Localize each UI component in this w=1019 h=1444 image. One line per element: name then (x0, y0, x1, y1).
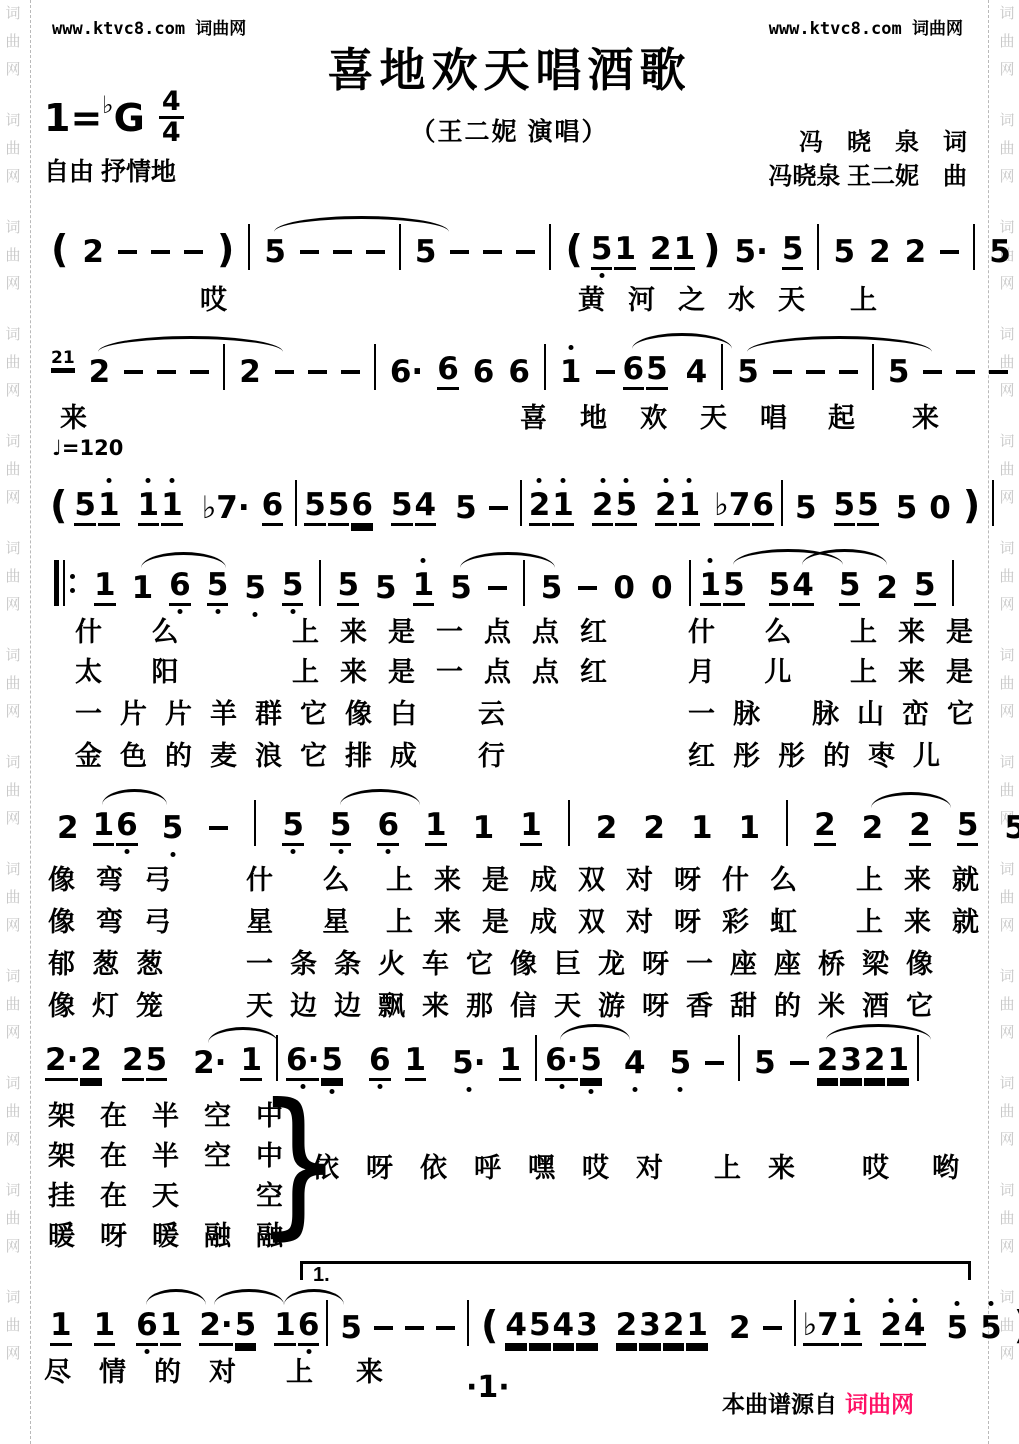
note-token: 1 (405, 1042, 427, 1081)
side-watermark-char: 曲 (3, 248, 23, 263)
note-token: 1 (739, 810, 761, 846)
duration-dash (308, 370, 327, 374)
bar (63, 560, 65, 606)
lyric-segment: 天边边飘来那信天游呀香甜的米酒它 (246, 984, 950, 1023)
meter-numerator: 4 (159, 88, 184, 119)
octave-dot-high (561, 478, 566, 483)
octave-dot-high (600, 478, 605, 483)
composer-credit: 冯晓泉 王二妮 曲 (768, 156, 967, 191)
note-token: 5 (1004, 810, 1019, 846)
note-token: 5 (235, 1307, 257, 1346)
lyric-segment: 哎 (862, 1146, 916, 1185)
octave-dot-high (663, 478, 668, 483)
note-token: 2 (596, 810, 618, 846)
footer-source-text: 本曲谱源自 (722, 1386, 837, 1419)
lyric-segment: 上 (850, 278, 900, 317)
slur-arc (102, 789, 167, 805)
note-token: 5 (591, 231, 613, 270)
note-token: 5 (947, 1310, 969, 1346)
duration-dash (124, 370, 143, 374)
lyric-row: 什 么上来是一点点红什 么上来是 (0, 610, 1019, 642)
barline (254, 800, 256, 846)
note-token: 2 (239, 354, 261, 390)
note-token: 4 (553, 1307, 575, 1346)
side-watermark-char: 曲 (3, 1318, 23, 1333)
note-token: 5 (896, 490, 918, 526)
note-token: 2 (817, 1042, 839, 1081)
note-token: 6· (545, 1042, 578, 1081)
key-letter: G (114, 96, 145, 140)
lyric-segment: 喜地欢天唱 (520, 396, 820, 435)
lyric-row: 暖呀暖融融 (0, 1214, 1019, 1246)
music-line: (5111♭7·6556545212521♭7655550) (44, 476, 1000, 526)
duration-dash (956, 370, 975, 374)
lyric-segment: 依呀依呼嘿哎对 (312, 1146, 690, 1185)
note-token: 4 (505, 1307, 527, 1346)
note-token: 2· (199, 1307, 232, 1346)
side-watermark-char: 曲 (3, 355, 23, 370)
lyric-segment: 什 么 (75, 610, 200, 649)
note-token: 1 (94, 567, 116, 606)
lyric-segment: 黄河之水天 (578, 278, 828, 317)
note-token: 6 (351, 487, 373, 526)
note-token: 5 (244, 570, 266, 606)
tempo-marking: ♩=120 (52, 436, 123, 460)
octave-dot-high (568, 345, 573, 350)
lyric-row: 依呀依呼嘿哎对上来哎哟 (0, 1146, 1019, 1178)
note-token: 0 (651, 570, 673, 606)
lyric-segment: 上来是成双对呀彩虹 (386, 900, 818, 939)
duration-dash (157, 370, 176, 374)
music-line: 21655561112211222553 (44, 796, 1019, 846)
note-token: 2 (80, 1042, 102, 1081)
lyric-segment: 哎 (200, 278, 250, 317)
note-token: 2 (616, 1307, 638, 1346)
lyric-segment: 起 (828, 396, 888, 435)
duration-dash (341, 370, 360, 374)
note-token: 2 (862, 810, 884, 846)
lyric-row: 太 阳上来是一点点红月 儿上来是 (0, 650, 1019, 682)
note-token: 1 (98, 487, 120, 526)
sheet-music-page: 词曲网词曲网词曲网词曲网词曲网词曲网词曲网词曲网词曲网词曲网词曲网词曲网词曲网 … (0, 0, 1019, 1444)
key-prefix: 1= (44, 96, 102, 140)
slur-arc (460, 552, 555, 568)
music-line: 21226·666165455 (44, 340, 1019, 390)
side-watermark-char: 词 (3, 434, 23, 449)
lyric-segment: 像灯笼 (48, 984, 180, 1023)
time-signature: 4 4 (159, 88, 184, 148)
note-token: 1 (674, 231, 696, 270)
note-token: 1 (274, 1307, 296, 1346)
note-token: 2· (193, 1045, 226, 1081)
duration-dash (184, 250, 203, 254)
side-watermark-char: 网 (997, 1025, 1017, 1040)
lyric-segment: 郁葱葱 (48, 942, 180, 981)
note-token: 5 (541, 570, 563, 606)
duration-dash (839, 370, 858, 374)
note-token: 5 (782, 231, 804, 270)
duration-dash (596, 370, 615, 374)
lyric-segment: 上来是成双对呀什么 (386, 858, 818, 897)
note-token: ♭7 (714, 487, 750, 526)
side-watermark-char: 词 (3, 1290, 23, 1305)
note-token: 5 (375, 570, 397, 606)
side-watermark-char: 网 (3, 169, 23, 184)
note-token: 5 (957, 807, 979, 846)
note-token: 5 (304, 487, 326, 526)
note-token: 0 (613, 570, 635, 606)
music-line: (2)55(5121)5·55225 (44, 220, 1019, 270)
lyric-segment: 来 (60, 396, 120, 435)
note-token: 2 (663, 1307, 685, 1346)
lyric-segment: 上来是一点点红 (292, 610, 628, 649)
volta-label: 1. (313, 1264, 330, 1287)
note-token: 1 (160, 1307, 182, 1346)
repeat-start-sign (52, 560, 78, 606)
note-token: 2· (45, 1042, 78, 1081)
note-token: 5 (162, 810, 184, 846)
lyric-segment: 红彤彤的枣儿 (688, 734, 958, 773)
lyric-segment: 脉山峦它 (812, 692, 992, 731)
parenthesis: ) (217, 228, 234, 270)
note-token: ♭7 (803, 1307, 839, 1346)
note-token: 6 (508, 354, 530, 390)
lyric-row: 像弯弓星 星上来是成双对呀彩虹上来就 (0, 900, 1019, 932)
note-token: 1 (94, 1307, 116, 1346)
music-line: 11612·5165(454323212♭712455) (44, 1296, 1019, 1346)
barline (786, 800, 788, 846)
octave-dot-high (708, 558, 713, 563)
parenthesis: ) (963, 484, 980, 526)
duration-dash (450, 250, 469, 254)
parenthesis: ( (481, 1304, 498, 1346)
note-token: 0 (929, 490, 951, 526)
lyric-row: 像灯笼天边边飘来那信天游呀香甜的米酒它 (0, 984, 1019, 1016)
note-token: 6 (473, 354, 495, 390)
barline (549, 224, 551, 270)
note-token: 1 (686, 1307, 708, 1346)
lyric-segment: 什 么 (688, 610, 813, 649)
octave-dot-high (849, 1298, 854, 1303)
octave-dot-low (338, 849, 343, 854)
note-token: 5 (340, 1310, 362, 1346)
barline (738, 1035, 740, 1081)
note-token: ♭7· (202, 490, 250, 526)
note-token: 2 (529, 487, 551, 526)
meter-denominator: 4 (162, 119, 181, 147)
lyric-segment: 上 (286, 1350, 341, 1389)
barline (295, 480, 297, 526)
lyric-row: 来喜地欢天唱起来 (0, 396, 1019, 428)
note-token: 3 (639, 1307, 661, 1346)
note-token: 5 (646, 351, 668, 390)
note-token: 5 (754, 1045, 776, 1081)
duration-dash (578, 586, 597, 590)
note-token: 5 (282, 807, 304, 846)
note-token: 5 (328, 487, 350, 526)
slur-arc (871, 792, 951, 808)
barline (520, 480, 522, 526)
lyric-row: 哎黄河之水天上 (0, 278, 1019, 310)
expression-marking: 自由 抒情地 (44, 152, 176, 188)
barline (952, 560, 954, 606)
side-watermark-char: 词 (997, 1076, 1017, 1091)
lyric-segment: 一片片羊群它像白 (75, 692, 435, 731)
note-token: 2 (864, 1042, 886, 1081)
grace-notes: 21 (51, 349, 75, 370)
lyric-segment: 金色的麦浪它排成 (75, 734, 435, 773)
note-token: 6 (377, 807, 399, 846)
duration-dash (483, 250, 502, 254)
note-token: 4 (415, 487, 437, 526)
lyric-segment: 尽情的对 (44, 1350, 264, 1389)
lyric-segment: 哟 (932, 1146, 986, 1185)
note-token: 5 (670, 1045, 692, 1081)
slur-arc (826, 1024, 931, 1040)
dot (70, 574, 75, 579)
barline (781, 480, 783, 526)
side-watermark-char: 网 (3, 490, 23, 505)
lyric-segment: 星 星 (246, 900, 371, 939)
note-token: 2 (82, 234, 104, 270)
note-token: 1 (132, 570, 154, 606)
parenthesis: ) (703, 228, 720, 270)
note-token: 5 (264, 234, 286, 270)
lyric-segment: 一条条火车它像巨龙呀一座座桥梁像 (246, 942, 950, 981)
duration-dash (488, 586, 507, 590)
barline (374, 344, 376, 390)
octave-dot-low (291, 849, 296, 854)
side-watermark-char: 曲 (3, 569, 23, 584)
note-token: 2 (643, 810, 665, 846)
parenthesis: ) (1014, 1304, 1019, 1346)
note-token: 5 (989, 234, 1011, 270)
barline (973, 224, 975, 270)
lyric-row: 架在半空中 (0, 1094, 1019, 1126)
octave-dot-high (912, 1298, 917, 1303)
lyric-row: 金色的麦浪它排成行红彤彤的枣儿 (0, 734, 1019, 766)
note-token: 5 (74, 487, 96, 526)
note-token: 5 (615, 487, 637, 526)
note-token: 1 (614, 231, 636, 270)
note-token: 5 (207, 567, 229, 606)
note-token: 5· (735, 234, 768, 270)
note-token: 1 (691, 810, 713, 846)
lyric-segment: 来 (912, 396, 972, 435)
note-token: 5 (146, 1042, 168, 1081)
octave-dot-high (106, 478, 111, 483)
music-line: 11655555155001554525 (44, 556, 962, 606)
note-token: 2 (655, 487, 677, 526)
note-token: 6 (752, 487, 774, 526)
note-token: 5 (337, 567, 359, 606)
barline (467, 1300, 469, 1346)
octave-dot-high (687, 478, 692, 483)
slur-arc (146, 1289, 206, 1305)
duration-dash (516, 250, 535, 254)
note-token: 1 (560, 354, 582, 390)
duration-dash (705, 1061, 724, 1065)
note-token: 1 (841, 1307, 863, 1346)
barline (248, 224, 250, 270)
side-watermark-char: 网 (997, 169, 1017, 184)
side-watermark-char: 网 (3, 1025, 23, 1040)
duration-dash (940, 250, 959, 254)
note-token: 1 (520, 807, 542, 846)
lyric-segment: 上来是 (850, 650, 994, 689)
note-token: 1 (138, 487, 160, 526)
duration-dash (190, 370, 209, 374)
note-token: 4 (904, 1307, 926, 1346)
side-watermark-char: 网 (3, 811, 23, 826)
page-number: ·1· (466, 1370, 510, 1405)
note-token: 5 (833, 234, 855, 270)
note-token: 5 (529, 1307, 551, 1346)
note-token: 2 (729, 1310, 751, 1346)
note-token: 5 (737, 354, 759, 390)
octave-dot-low (386, 849, 391, 854)
music-line: 2·2252·16·5615·16·54552321 (44, 1031, 926, 1081)
note-token: 5 (455, 490, 477, 526)
lyricist-credit: 冯 晓 泉 词 (799, 122, 967, 157)
octave-dot-low (124, 849, 129, 854)
duration-dash (209, 826, 228, 830)
note-token: 1 (425, 807, 447, 846)
lyric-segment: 太 阳 (75, 650, 200, 689)
slur-arc (560, 1024, 630, 1040)
lyric-segment: 来 (356, 1350, 411, 1389)
lyric-row: 一片片羊群它像白云一脉脉山峦它 (0, 692, 1019, 724)
octave-dot-high (146, 478, 151, 483)
repeat-dots (70, 574, 75, 593)
slur-arc (284, 1289, 344, 1305)
lyric-segment: 上来就 (856, 900, 1000, 939)
side-watermark-char: 词 (3, 327, 23, 342)
note-token: 6 (262, 487, 284, 526)
side-watermark-char: 词 (997, 6, 1017, 21)
lyric-segment: 上来就 (856, 858, 1000, 897)
slur-arc (214, 1289, 284, 1305)
duration-dash (374, 1326, 393, 1330)
octave-dot-low (377, 1084, 382, 1089)
lyric-segment: 云 (478, 692, 523, 731)
note-token: 2 (57, 810, 79, 846)
duration-dash (989, 370, 1008, 374)
volta-bracket: 1. (300, 1261, 971, 1280)
barline (326, 1300, 328, 1346)
note-token: 1 (499, 1042, 521, 1081)
note-token: 5 (914, 567, 936, 606)
octave-dot-low (466, 1087, 471, 1092)
note-token: 2 (650, 231, 672, 270)
side-watermark-char: 词 (3, 1076, 23, 1091)
duration-dash (151, 250, 170, 254)
octave-dot-high (169, 478, 174, 483)
duration-dash (333, 250, 352, 254)
lyric-segment: 上来是一点点红 (292, 650, 628, 689)
slur-arc (632, 333, 732, 349)
note-token: 1 (93, 807, 115, 846)
lyric-segment: 上来是 (850, 610, 994, 649)
note-token: 2 (814, 807, 836, 846)
side-watermark-char: 词 (997, 541, 1017, 556)
parenthesis: ( (50, 484, 67, 526)
footer-brand: 词曲网 (845, 1386, 914, 1419)
slur-arc (98, 336, 283, 352)
duration-dash (790, 1061, 809, 1065)
barline (817, 224, 819, 270)
octave-dot-high (988, 1301, 993, 1306)
note-token: 2 (876, 570, 898, 606)
note-token: 1 (552, 487, 574, 526)
note-token: 1 (473, 810, 495, 846)
duration-dash (275, 370, 294, 374)
note-token: 5 (839, 567, 861, 606)
note-token: 5 (723, 567, 745, 606)
note-token: 1 (700, 567, 722, 606)
note-token: 5 (415, 234, 437, 270)
note-token: 5 (282, 567, 304, 606)
note-token: 5 (888, 354, 910, 390)
note-token: 1 (50, 1307, 72, 1346)
note-token: 3 (576, 1307, 598, 1346)
note-token: 1 (679, 487, 701, 526)
note-token: 2 (89, 354, 111, 390)
side-watermark-char: 词 (3, 541, 23, 556)
note-token: 5 (857, 487, 879, 526)
note-token: 3 (840, 1042, 862, 1081)
duration-dash (118, 250, 137, 254)
note-token: 5 (391, 487, 413, 526)
duration-dash (366, 250, 385, 254)
note-token: 2 (905, 234, 927, 270)
note-token: 5 (450, 570, 472, 606)
duration-dash (763, 1326, 782, 1330)
duration-dash (405, 1326, 424, 1330)
side-watermark-char: 词 (3, 6, 23, 21)
bar (54, 560, 59, 606)
side-watermark-char: 词 (3, 220, 23, 235)
barline (535, 1035, 537, 1081)
note-token: 1 (887, 1042, 909, 1081)
note-token: 5· (452, 1045, 485, 1081)
lyric-segment: 行 (478, 734, 523, 773)
barline (721, 344, 723, 390)
octave-dot-high (537, 478, 542, 483)
note-token: 5 (795, 490, 817, 526)
parenthesis: ( (565, 228, 582, 270)
barline (568, 800, 570, 846)
barline (794, 1300, 796, 1346)
lyric-row: 像弯弓什 么上来是成双对呀什么上来就 (0, 858, 1019, 890)
note-token: 6 (369, 1042, 391, 1081)
octave-dot-high (955, 1301, 960, 1306)
note-token: 6 (437, 351, 459, 390)
note-token: 6 (169, 567, 191, 606)
barline (319, 560, 321, 606)
flat-icon: ♭ (102, 91, 113, 119)
note-token: 6· (390, 354, 423, 390)
side-watermark-char: 曲 (997, 569, 1017, 584)
note-token: 1 (413, 567, 435, 606)
barline (917, 1035, 919, 1081)
barline (544, 344, 546, 390)
octave-dot-high (624, 478, 629, 483)
parenthesis: ( (51, 228, 68, 270)
note-token: 6 (116, 807, 138, 846)
slur-arc (141, 552, 226, 568)
slur-arc (340, 789, 420, 805)
